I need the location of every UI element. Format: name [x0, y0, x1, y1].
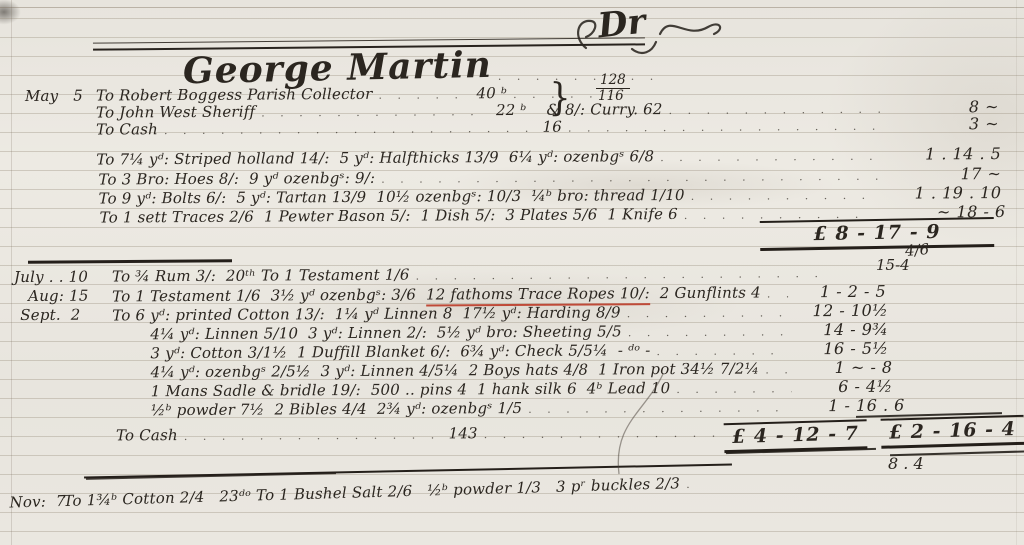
- dot-leaders: . . . . . . . . . . . . . . . . . . . . …: [628, 325, 788, 339]
- entry-amount: 17 ~: [883, 164, 1001, 184]
- ledger-page: Dr George Martin . . . . . . . . . . . .…: [0, 0, 1024, 545]
- entry-description: To Cash: [116, 426, 178, 444]
- total-balance: £ 2 - 16 - 4: [881, 415, 1024, 449]
- entry-text-after: 2 Gunflints 4: [650, 283, 761, 302]
- stack-bottom-value: 116: [594, 89, 628, 103]
- entry-description: To ¾ Rum 3/: 20ᵗʰ To 1 Testament 1/6: [112, 266, 410, 286]
- dot-leaders: . . . . . . . . . . . . . . . . . . . . …: [184, 428, 443, 443]
- entry-amount: 6 - 4½: [798, 377, 893, 397]
- dot-leaders: . . . . . . . . . . . . . . . . . . . . …: [765, 363, 791, 376]
- entry-amount: 1 ~ - 8: [798, 358, 893, 378]
- entry-amount: 1 . 14 . 5: [883, 144, 1001, 164]
- entry-description: To 1¾ᵇ Cotton 2/4 23ᵈᵒ To 1 Bushel Salt …: [63, 474, 680, 510]
- entry-date: Nov: 7: [9, 492, 66, 512]
- entry-description: To Cash: [96, 120, 158, 138]
- dot-leaders: . . . . . . . . . . . . . . . . . . . . …: [656, 344, 787, 358]
- section-one-total: £ 8 - 17 - 9: [760, 217, 994, 251]
- dot-leaders: . . . . . . . . . . . . . . . . . . . . …: [164, 122, 537, 137]
- dot-leaders: . . . . . . . . . . . . . . . . . . . . …: [767, 287, 788, 300]
- tobacco-brace: }: [548, 75, 571, 121]
- pen-stroke-icon: [585, 372, 695, 477]
- entry-amount: 1 . 19 . 10: [883, 183, 1001, 203]
- entry-amount: 3 ~: [889, 114, 999, 134]
- entry-amount: 1 - 16 . 6: [795, 396, 905, 416]
- ledger-entries: May 5To Robert Boggess Parish Collector.…: [0, 0, 1024, 545]
- entry-amount: 16 - 5½: [793, 339, 888, 359]
- entry-quantity: 143: [448, 424, 477, 442]
- entry-description: ½ᵇ powder 7½ 2 Bibles 4/4 2¾ yᵈ: ozenbgˢ…: [151, 399, 522, 419]
- loose-amount-3: 8 . 4: [888, 454, 924, 473]
- entry-date: July . . 10: [14, 268, 88, 286]
- dot-leaders: . . . . . . . . . . . . . . . . . . . . …: [686, 478, 690, 491]
- entry-description: To 7¼ yᵈ: Striped holland 14/: 5 yᵈ: Hal…: [96, 147, 654, 168]
- dot-leaders: . . . . . . . . . . . . . . . . . . . . …: [660, 150, 877, 164]
- entry-amount: 12 - 10½: [793, 301, 888, 321]
- dot-leaders: . . . . . . . . . . . . . . . . . . . . …: [568, 120, 883, 135]
- entry-description: To 3 Bro: Hoes 8/: 9 yᵈ ozenbgˢ: 9/:: [98, 169, 375, 189]
- stack-top-value: 128: [596, 74, 630, 89]
- dot-leaders: . . . . . . . . . . . . . . . . . . . . …: [416, 267, 834, 283]
- entry-amount: 14 - 9¾: [793, 320, 888, 340]
- entry-text-before: To 1 Testament 1/6 3½ yᵈ ozenbgˢ: 3/6: [112, 286, 426, 306]
- loose-amount-2: 15-4: [876, 256, 910, 274]
- dot-leaders: . . . . . . . . . . . . . . . . . . . . …: [691, 189, 878, 203]
- dot-leaders: . . . . . . . . . . . . . . . . . . . . …: [627, 306, 788, 320]
- entry-date: Sept. 2: [20, 306, 80, 324]
- entry-amount: 1 - 2 - 5: [794, 282, 886, 302]
- tobacco-weight-stack: 128 116: [596, 74, 630, 103]
- ledger-row: Nov: 7To 1¾ᵇ Cotton 2/4 23ᵈᵒ To 1 Bushel…: [1, 464, 1024, 511]
- entry-description: To 1 sett Traces 2/6 1 Pewter Bason 5/: …: [100, 205, 678, 227]
- entry-date: Aug: 15: [28, 287, 89, 305]
